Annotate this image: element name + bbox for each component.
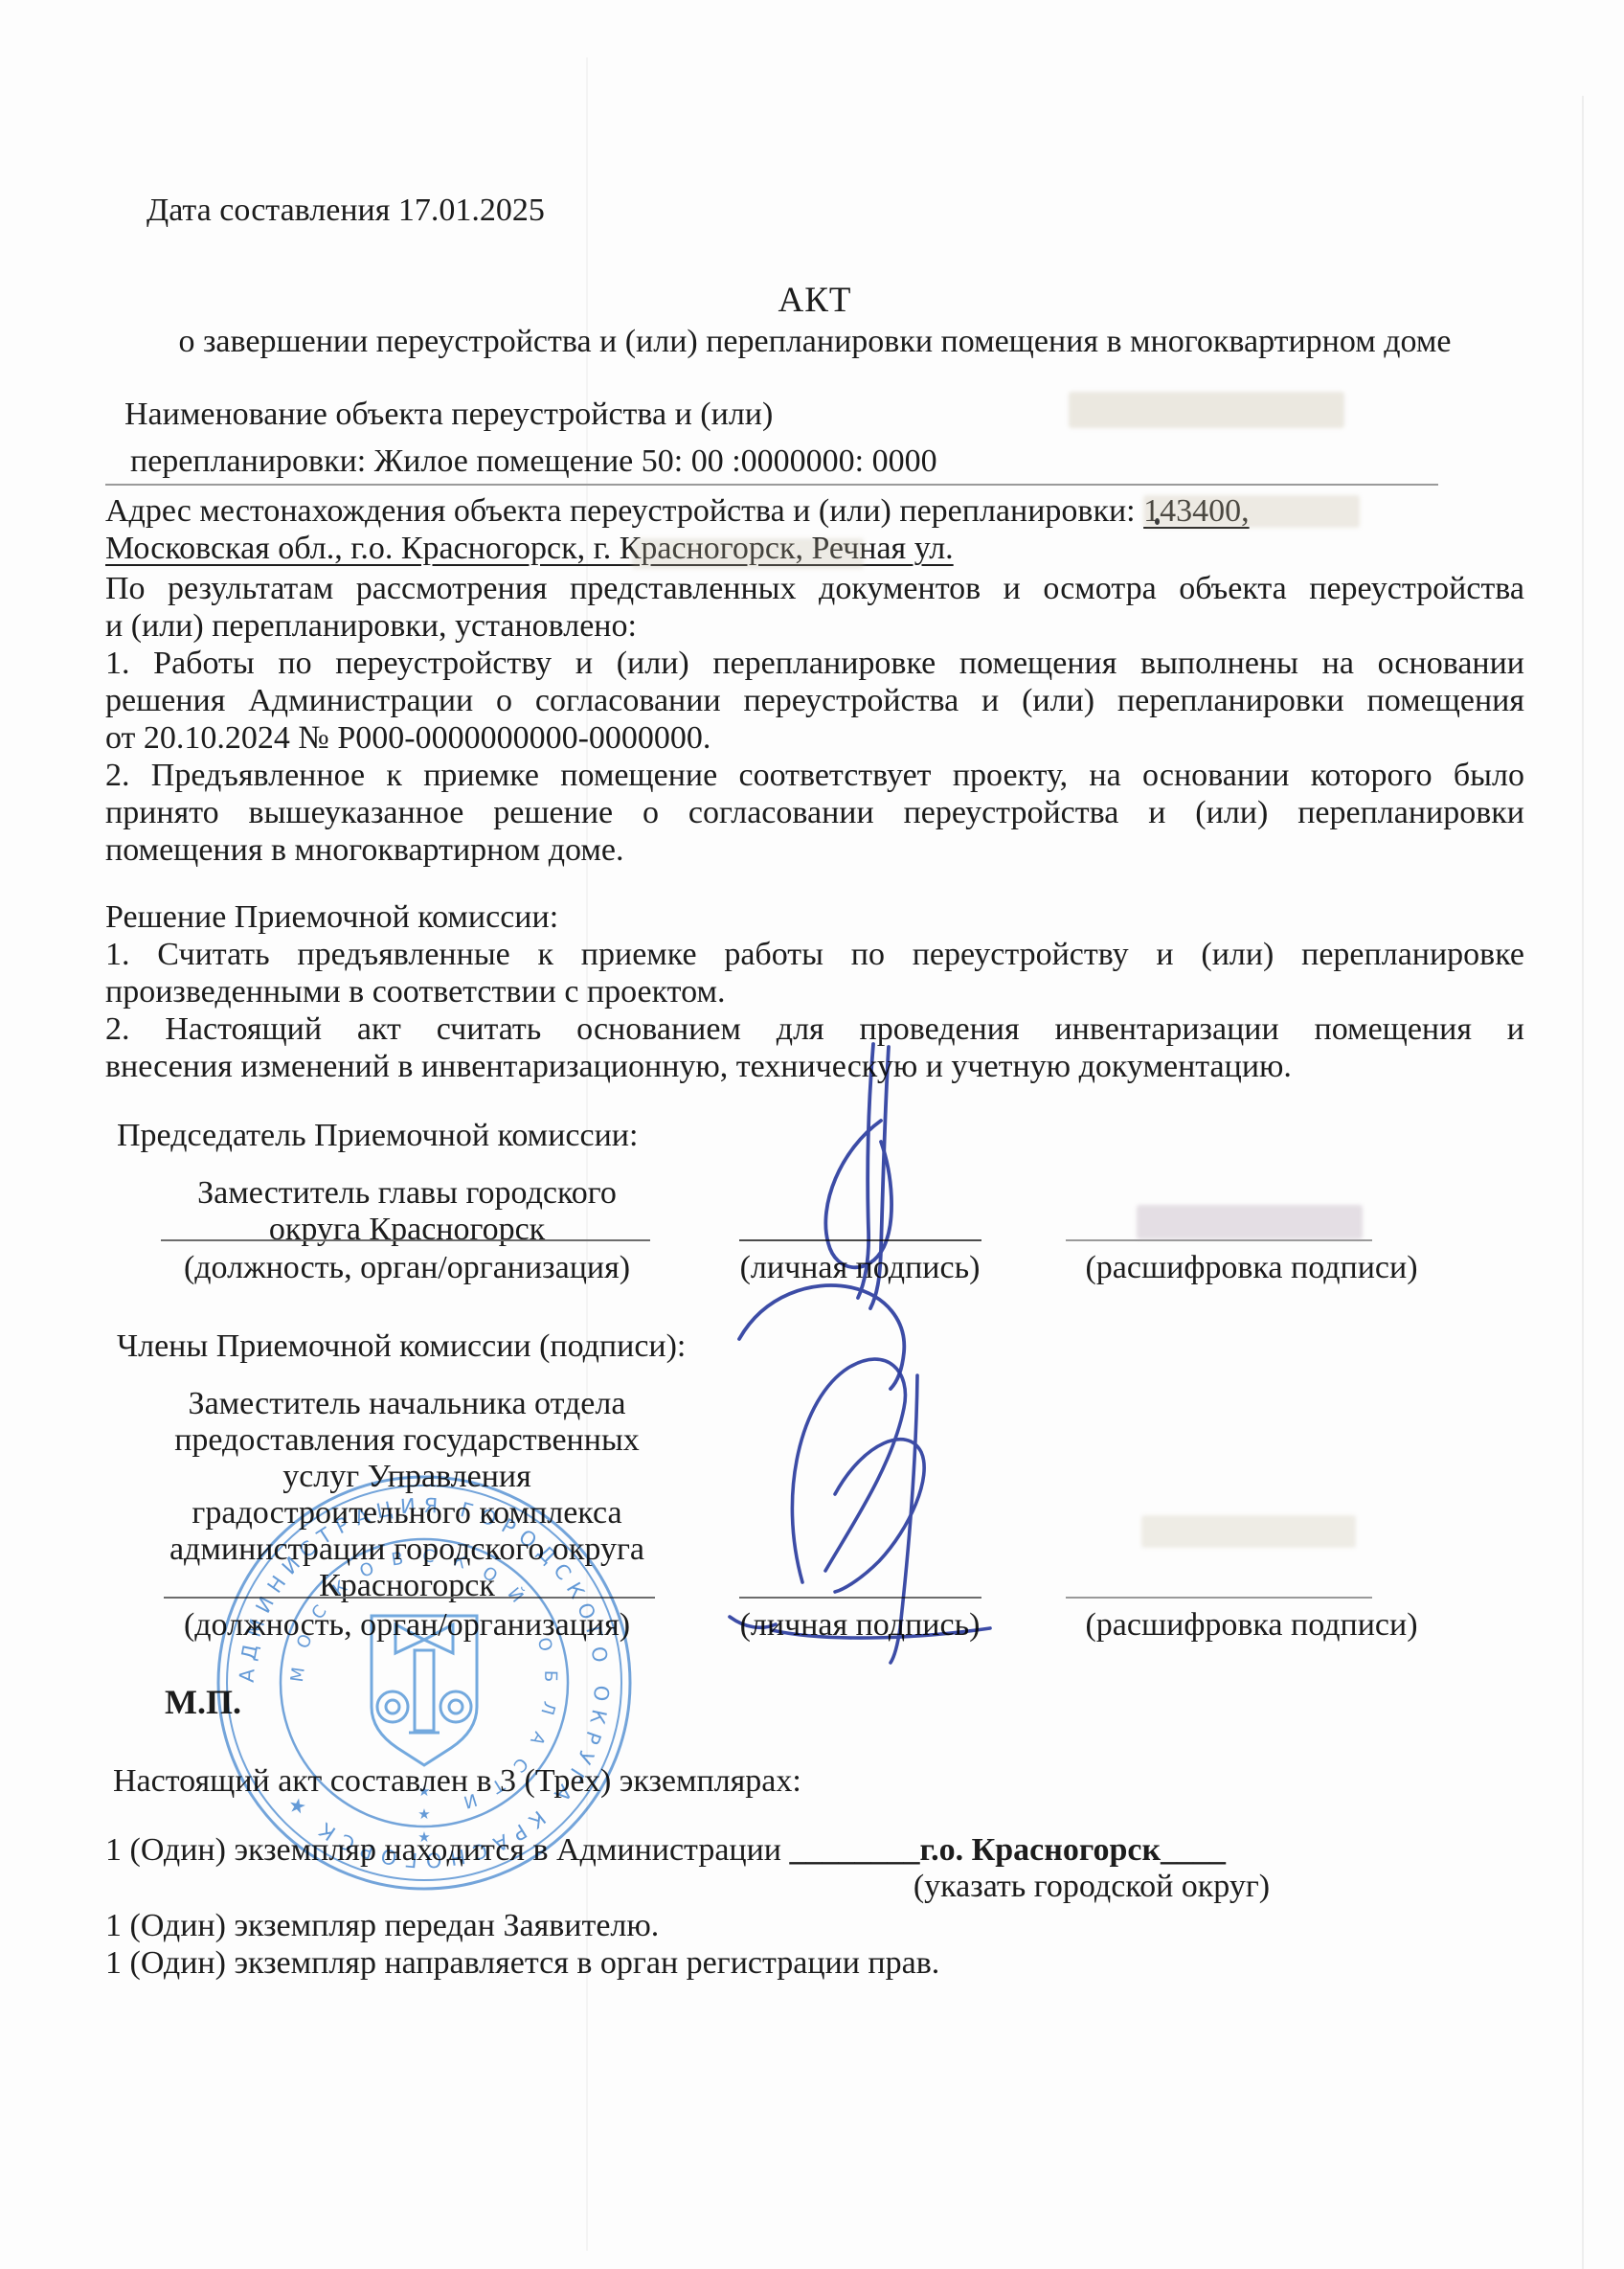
paragraph-line: произведенными в соответствии с проектом… [105, 973, 725, 1011]
document-subtitle: о завершении переустройства и (или) пере… [105, 323, 1524, 361]
paragraph-line: и (или) перепланировки, установлено: [105, 607, 637, 646]
copy1-prefix: 1 (Один) экземпляр находится в Администр… [105, 1832, 790, 1868]
label-transcript: (расшифровка подписи) [1053, 1249, 1450, 1287]
chairman-position-line: округа Красногорск [129, 1211, 685, 1249]
paragraph-line: внесения изменений в инвентаризационную,… [105, 1048, 1292, 1086]
date-line: Дата составления 17.01.2025 [147, 192, 545, 230]
chairman-position-line: Заместитель главы городского [129, 1174, 685, 1213]
redaction-smudge [1069, 392, 1344, 428]
copy1-value: г.о. Красногорск [920, 1832, 1162, 1868]
paragraph-line: 1. Работы по переустройству и (или) пере… [105, 645, 1524, 683]
paragraph-line: принято вышеуказанное решение о согласов… [105, 794, 1524, 832]
signature-line-signature [739, 1239, 981, 1241]
label-signature: (личная подпись) [730, 1606, 990, 1645]
address-line-1: Адрес местонахождения объекта переустрой… [105, 492, 1250, 531]
signature-line-position [161, 1239, 650, 1241]
copy1-suffix: ____ [1161, 1832, 1226, 1868]
copy-line-3: 1 (Один) экземпляр направляется в орган … [105, 1944, 939, 1983]
redaction-smudge [1143, 495, 1360, 528]
member-position-line: администрации городского округа [129, 1531, 685, 1569]
paragraph-line: помещения в многоквартирном доме. [105, 831, 623, 870]
signature-line-transcript [1066, 1597, 1372, 1599]
paragraph-line: 2. Предъявленное к приемке помещение соо… [105, 757, 1524, 795]
paragraph-line: от 20.10.2024 № Р000-0000000000-0000000. [105, 719, 710, 758]
label-position: (должность, орган/организация) [129, 1249, 685, 1287]
divider-rule [105, 484, 1438, 486]
redaction-smudge [1141, 1515, 1356, 1548]
signature-line-transcript [1066, 1239, 1372, 1241]
member-position-line: услуг Управления [129, 1458, 685, 1496]
paragraph-line: По результатам рассмотрения представленн… [105, 570, 1524, 608]
label-signature: (личная подпись) [730, 1249, 990, 1287]
member-position-line: предоставления государственных [129, 1421, 685, 1460]
scan-dot [1155, 518, 1160, 525]
signature-line-signature [739, 1597, 981, 1599]
signature-chairman-ink [739, 1044, 904, 1389]
stamp-star: ★ [417, 1805, 430, 1823]
object-name-line-1: Наименование объекта переустройства и (и… [124, 396, 773, 434]
paragraph-line: 1. Считать предъявленные к приемке работ… [105, 936, 1524, 974]
member-position-line: Красногорск [129, 1567, 685, 1605]
paragraph-line: 2. Настоящий акт считать основанием для … [105, 1010, 1524, 1049]
copy-note: (указать городской округ) [843, 1868, 1341, 1906]
chairman-heading: Председатель Приемочной комиссии: [117, 1117, 638, 1155]
copy1-blank: ________ [790, 1832, 920, 1868]
copies-heading: Настоящий акт составлен в 3 (Трех) экзем… [113, 1762, 801, 1801]
label-position: (должность, орган/организация) [129, 1606, 685, 1645]
copy-line-1: 1 (Один) экземпляр находится в Администр… [105, 1831, 1226, 1870]
document-title: АКТ [105, 280, 1524, 322]
redaction-smudge [1137, 1205, 1363, 1239]
scan-edge-line [1582, 96, 1584, 2269]
signature-line-position [164, 1597, 655, 1599]
members-heading: Члены Приемочной комиссии (подписи): [117, 1327, 686, 1366]
document-page: Дата составления 17.01.2025 АКТ о заверш… [0, 0, 1624, 2269]
redaction-smudge [632, 538, 864, 569]
paragraph-line: решения Администрации о согласовании пер… [105, 682, 1524, 720]
address-prefix: Адрес местонахождения объекта переустрой… [105, 493, 1143, 529]
section-heading-decision: Решение Приемочной комиссии: [105, 898, 558, 937]
object-name-line-2: перепланировки: Жилое помещение 50: 00 :… [130, 442, 937, 481]
copy-line-2: 1 (Один) экземпляр передан Заявителю. [105, 1907, 659, 1945]
copy-note-text: (указать городской округ) [913, 1869, 1270, 1904]
stamp-mark: М.П. [165, 1682, 241, 1722]
member-position-line: Заместитель начальника отдела [129, 1385, 685, 1423]
label-transcript: (расшифровка подписи) [1053, 1606, 1450, 1645]
member-position-line: градостроительного комплекса [129, 1494, 685, 1532]
